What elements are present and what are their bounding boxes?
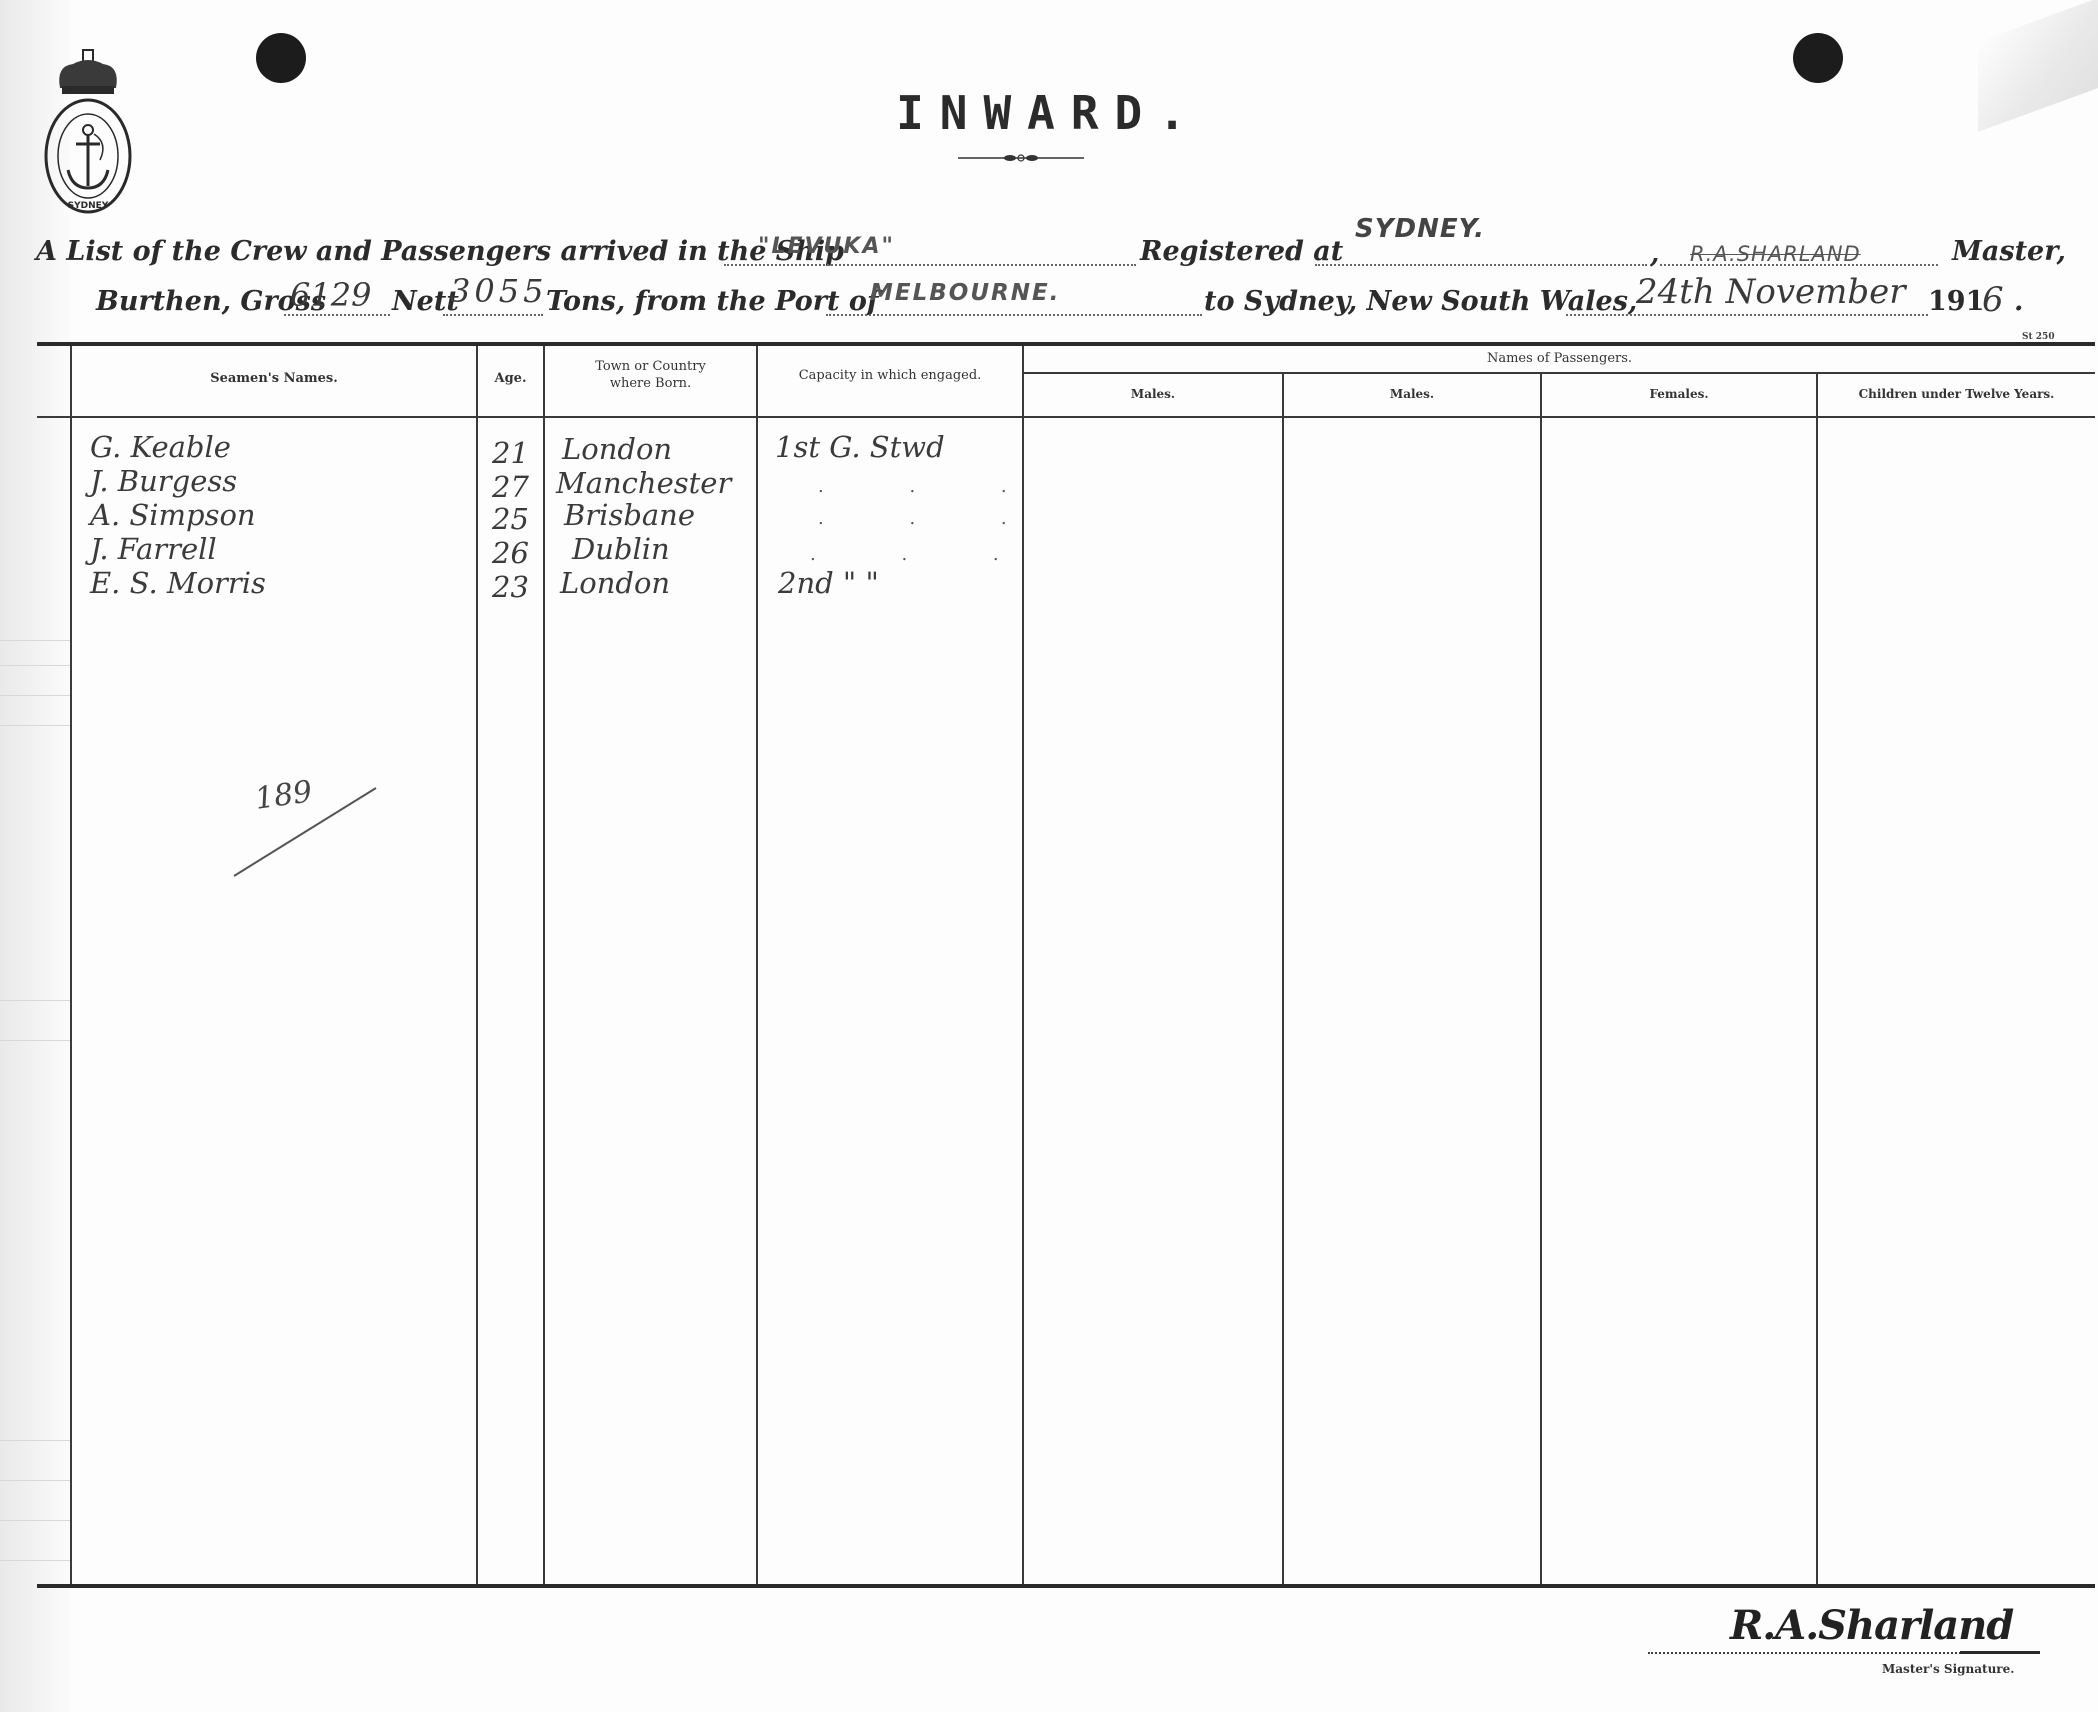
date-period: .	[2014, 286, 2023, 317]
svg-text:SYDNEY: SYDNEY	[68, 201, 109, 211]
column-divider-town-capacity	[756, 346, 758, 1584]
header-names-of-passengers: Names of Passengers.	[1024, 350, 2095, 367]
seaman-age: 25	[492, 504, 529, 534]
bleed-through-line	[0, 1480, 70, 1481]
from-port-field-line	[826, 314, 1202, 316]
date-field-line	[1566, 314, 1928, 316]
to-sydney-label: to Sydney, New South Wales,	[1204, 286, 1637, 317]
column-divider-females-children	[1816, 374, 1818, 1584]
table-top-rule	[37, 342, 2095, 346]
comma-separator: ,	[1650, 238, 1659, 269]
ship-name-field-line	[724, 264, 1136, 266]
seaman-age: 23	[492, 572, 529, 602]
header-females: Females.	[1542, 386, 1816, 403]
bleed-through-line	[0, 695, 70, 696]
header-seamens-names: Seamen's Names.	[72, 370, 476, 387]
from-port-value[interactable]: MELBOURNE.	[870, 280, 1060, 306]
header-capacity: Capacity in which engaged.	[758, 367, 1022, 384]
seaman-age: 27	[492, 472, 529, 502]
seaman-name: A. Simpson	[90, 500, 256, 530]
header-town-line2: where Born.	[545, 375, 756, 392]
ditto-mark: . . .	[818, 476, 1047, 497]
table-header-bottom-rule	[37, 416, 2095, 418]
punch-hole-left	[256, 33, 306, 83]
bleed-through-line	[0, 1560, 70, 1561]
bleed-through-line	[0, 665, 70, 666]
seaman-name: J. Burgess	[90, 466, 237, 496]
seaman-capacity: 1st G. Stwd	[775, 432, 945, 462]
nett-tons-value[interactable]: 3055	[450, 272, 547, 310]
seaman-birthplace: Brisbane	[564, 500, 695, 530]
tons-from-port-label: Tons, from the Port of	[546, 286, 878, 317]
master-name-value[interactable]: R.A.SHARLAND	[1690, 242, 1861, 266]
bleed-through-line	[0, 1000, 70, 1001]
registered-at-label: Registered at	[1140, 236, 1343, 267]
table-bottom-rule	[37, 1584, 2095, 1588]
column-divider-left-margin	[70, 346, 72, 1584]
column-divider-capacity-passengers	[1022, 346, 1024, 1584]
bleed-through-line	[0, 640, 70, 641]
seaman-birthplace: Manchester	[556, 468, 731, 498]
column-divider-age-town	[543, 346, 545, 1584]
gross-tons-field-line	[284, 314, 390, 316]
column-divider-males-males	[1282, 374, 1284, 1584]
list-intro-label: A List of the Crew and Passengers arrive…	[36, 236, 844, 267]
column-divider-name-age	[476, 346, 478, 1584]
punch-hole-right	[1793, 33, 1843, 83]
bleed-through-line	[0, 725, 70, 726]
master-signature[interactable]: R.A.Sharland	[1730, 1602, 2013, 1649]
master-label: Master,	[1952, 236, 2066, 267]
passengers-group-rule	[1022, 372, 2095, 374]
year-printed-prefix: 191	[1928, 286, 1984, 317]
year-handwritten-digit[interactable]: 6	[1982, 280, 2004, 320]
header-town-line1: Town or Country	[545, 358, 756, 375]
seaman-birthplace: London	[560, 568, 670, 598]
header-age: Age.	[478, 370, 543, 387]
header-line-burthen: Burthen, Gross 6129 Nett 3055 Tons, from…	[0, 286, 2098, 326]
margin-note-stroke-icon	[230, 784, 380, 880]
column-divider-males-females	[1540, 374, 1542, 1584]
header-children-under-twelve: Children under Twelve Years.	[1818, 386, 2095, 403]
seaman-name: E. S. Morris	[90, 568, 266, 598]
seaman-name: J. Farrell	[90, 534, 217, 564]
ditto-mark: . . .	[810, 544, 1039, 565]
bleed-through-line	[0, 1520, 70, 1521]
seaman-age: 26	[492, 538, 529, 568]
bleed-through-line	[0, 1440, 70, 1441]
signature-line-end	[1960, 1651, 2040, 1654]
nett-label: Nett	[392, 286, 459, 317]
ditto-mark: . . .	[818, 508, 1047, 529]
document-title: INWARD.	[0, 86, 2098, 140]
seaman-birthplace: London	[562, 434, 672, 464]
header-males-1: Males.	[1024, 386, 1282, 403]
bleed-through-line	[0, 1040, 70, 1041]
header-line-ship: A List of the Crew and Passengers arrive…	[0, 236, 2098, 276]
title-flourish-icon	[958, 154, 1084, 162]
seaman-capacity: 2nd " "	[778, 568, 879, 598]
seaman-name: G. Keable	[90, 432, 231, 462]
form-code: St 250	[2022, 332, 2055, 342]
seaman-age: 21	[492, 438, 529, 468]
date-value[interactable]: 24th November	[1636, 272, 1906, 312]
header-town-born: Town or Country where Born.	[545, 358, 756, 392]
seaman-birthplace: Dublin	[572, 534, 670, 564]
gross-tons-value[interactable]: 6129	[290, 276, 371, 314]
ship-name-value[interactable]: "LEVUKA"	[758, 234, 895, 259]
registered-port-field-line	[1315, 264, 1647, 266]
nett-tons-field-line	[443, 314, 543, 316]
master-signature-caption: Master's Signature.	[1882, 1662, 2014, 1676]
registered-port-value[interactable]: SYDNEY.	[1355, 214, 1485, 244]
header-males-2: Males.	[1284, 386, 1540, 403]
